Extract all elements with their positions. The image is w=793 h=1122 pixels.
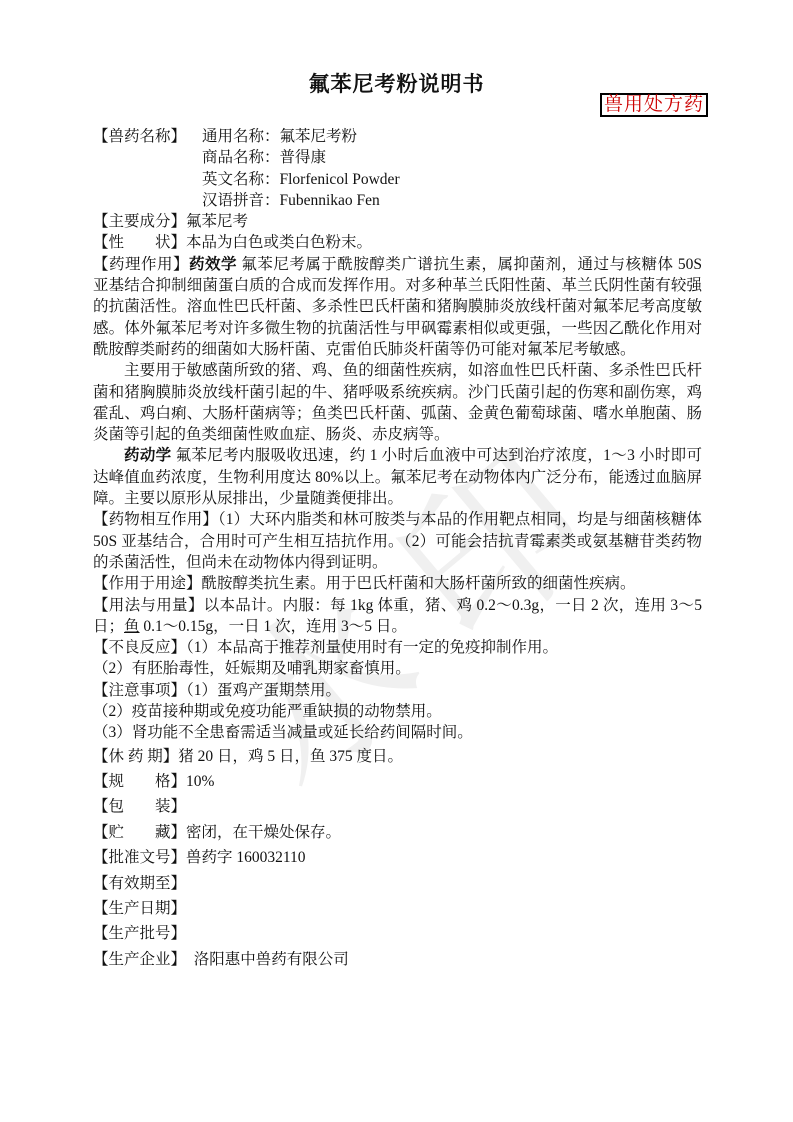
document-body: 【兽药名称】通用名称：氟苯尼考粉商品名称：普得康英文名称：Florfenicol… — [93, 126, 702, 972]
text-segment: 【休 药 期】猪 20 日，鸡 5 日，鱼 375 度日。 — [93, 748, 403, 765]
paragraph: 【生产日期】 — [93, 896, 702, 921]
paragraph: 【药物相互作用】（1）大环内脂类和林可胺类与本品的作用靶点相同，均是与细菌核糖体… — [93, 509, 702, 573]
paragraph: （3）肾功能不全患畜需适当减量或延长给药间隔时间。 — [93, 722, 702, 743]
text-segment: （2）有胚胎毒性，妊娠期及哺乳期家畜慎用。 — [93, 660, 411, 677]
text-segment: 【贮 藏】密闭，在干燥处保存。 — [93, 824, 341, 841]
text-segment: 0.1～0.15g，一日 1 次，连用 3～5 日。 — [140, 618, 407, 635]
text-segment: 【包 装】 — [93, 798, 186, 815]
paragraph: 【不良反应】（1）本品高于推荐剂量使用时有一定的免疫抑制作用。 — [93, 637, 702, 658]
text-segment: 【有效期至】 — [93, 875, 186, 892]
text-segment: （3）肾功能不全患畜需适当减量或延长给药间隔时间。 — [93, 724, 473, 741]
document-page: 水印 氟苯尼考粉说明书 兽用处方药 【兽药名称】通用名称：氟苯尼考粉商品名称：普… — [0, 0, 793, 1122]
text-segment: 主要用于敏感菌所致的猪、鸡、鱼的细菌性疾病，如溶血性巴氏杆菌、多杀性巴氏杆菌和猪… — [93, 362, 702, 443]
text-segment: 【规 格】10% — [93, 773, 214, 790]
text-segment: 商品名称：普得康 — [202, 149, 326, 166]
paragraph: 【注意事项】（1）蛋鸡产蛋期禁用。 — [93, 680, 702, 701]
underlined-text: 鱼 — [124, 618, 140, 635]
paragraph: 【用法与用量】以本品计。内服：每 1kg 体重，猪、鸡 0.2～0.3g，一日 … — [93, 595, 702, 638]
paragraph: 药动学 氟苯尼考内服吸收迅速，约 1 小时后血液中可达到治疗浓度，1～3 小时即… — [93, 445, 702, 509]
text-segment: 英文名称：Florfenicol Powder — [202, 171, 400, 188]
paragraph: 【作用于用途】酰胺醇类抗生素。用于巴氏杆菌和大肠杆菌所致的细菌性疾病。 — [93, 573, 702, 594]
text-segment: 通用名称：氟苯尼考粉 — [202, 128, 357, 145]
text-segment: 【药物相互作用】（1）大环内脂类和林可胺类与本品的作用靶点相同，均是与细菌核糖体… — [93, 511, 702, 571]
text-segment: 【作用于用途】酰胺醇类抗生素。用于巴氏杆菌和大肠杆菌所致的细菌性疾病。 — [93, 575, 636, 592]
paragraph: （2）疫苗接种期或免疫功能严重缺损的动物禁用。 — [93, 701, 702, 722]
paragraph: 【有效期至】 — [93, 871, 702, 896]
text-segment: 【主要成分】氟苯尼考 — [93, 213, 248, 230]
paragraph: 【贮 藏】密闭，在干燥处保存。 — [93, 820, 702, 845]
text-segment: （2）疫苗接种期或免疫功能严重缺损的动物禁用。 — [93, 703, 442, 720]
paragraph: 【包 装】 — [93, 794, 702, 819]
paragraph: 主要用于敏感菌所致的猪、鸡、鱼的细菌性疾病，如溶血性巴氏杆菌、多杀性巴氏杆菌和猪… — [93, 360, 702, 445]
paragraph: 【批准文号】兽药字 160032110 — [93, 845, 702, 870]
text-segment: 【生产批号】 — [93, 925, 186, 942]
paragraph: 【性 状】本品为白色或类白色粉末。 — [93, 232, 702, 253]
text-segment: 【不良反应】（1）本品高于推荐剂量使用时有一定的免疫抑制作用。 — [93, 639, 558, 656]
paragraph: 【主要成分】氟苯尼考 — [93, 211, 702, 232]
paragraph: （2）有胚胎毒性，妊娠期及哺乳期家畜慎用。 — [93, 658, 702, 679]
prescription-badge: 兽用处方药 — [600, 93, 708, 117]
drug-name-row: 商品名称：普得康 — [93, 147, 702, 168]
emphasis-text: 药效学 — [189, 256, 237, 273]
text-segment: 【批准文号】兽药字 160032110 — [93, 849, 306, 866]
paragraph: 【生产企业】 洛阳惠中兽药有限公司 — [93, 947, 702, 972]
text-segment: 【性 状】本品为白色或类白色粉末。 — [93, 234, 372, 251]
paragraph: 【生产批号】 — [93, 921, 702, 946]
text-segment: 汉语拼音：Fubennikao Fen — [202, 192, 380, 209]
drug-name-row: 英文名称：Florfenicol Powder — [93, 169, 702, 190]
text-segment: 氟苯尼考内服吸收迅速，约 1 小时后血液中可达到治疗浓度，1～3 小时即可达峰值… — [93, 447, 702, 507]
text-segment: 【生产企业】 洛阳惠中兽药有限公司 — [93, 951, 349, 968]
drug-name-row: 【兽药名称】通用名称：氟苯尼考粉 — [93, 126, 702, 147]
drug-name-row: 汉语拼音：Fubennikao Fen — [93, 190, 702, 211]
section-label: 【兽药名称】 — [93, 126, 202, 147]
paragraph: 【药理作用】药效学 氟苯尼考属于酰胺醇类广谱抗生素，属抑菌剂，通过与核糖体 50… — [93, 254, 702, 360]
paragraph: 【规 格】10% — [93, 769, 702, 794]
emphasis-text: 药动学 — [124, 447, 171, 464]
paragraph: 【休 药 期】猪 20 日，鸡 5 日，鱼 375 度日。 — [93, 744, 702, 769]
text-segment: 【药理作用】 — [93, 256, 189, 273]
text-segment: 【生产日期】 — [93, 900, 186, 917]
text-segment: 【注意事项】（1）蛋鸡产蛋期禁用。 — [93, 682, 341, 699]
